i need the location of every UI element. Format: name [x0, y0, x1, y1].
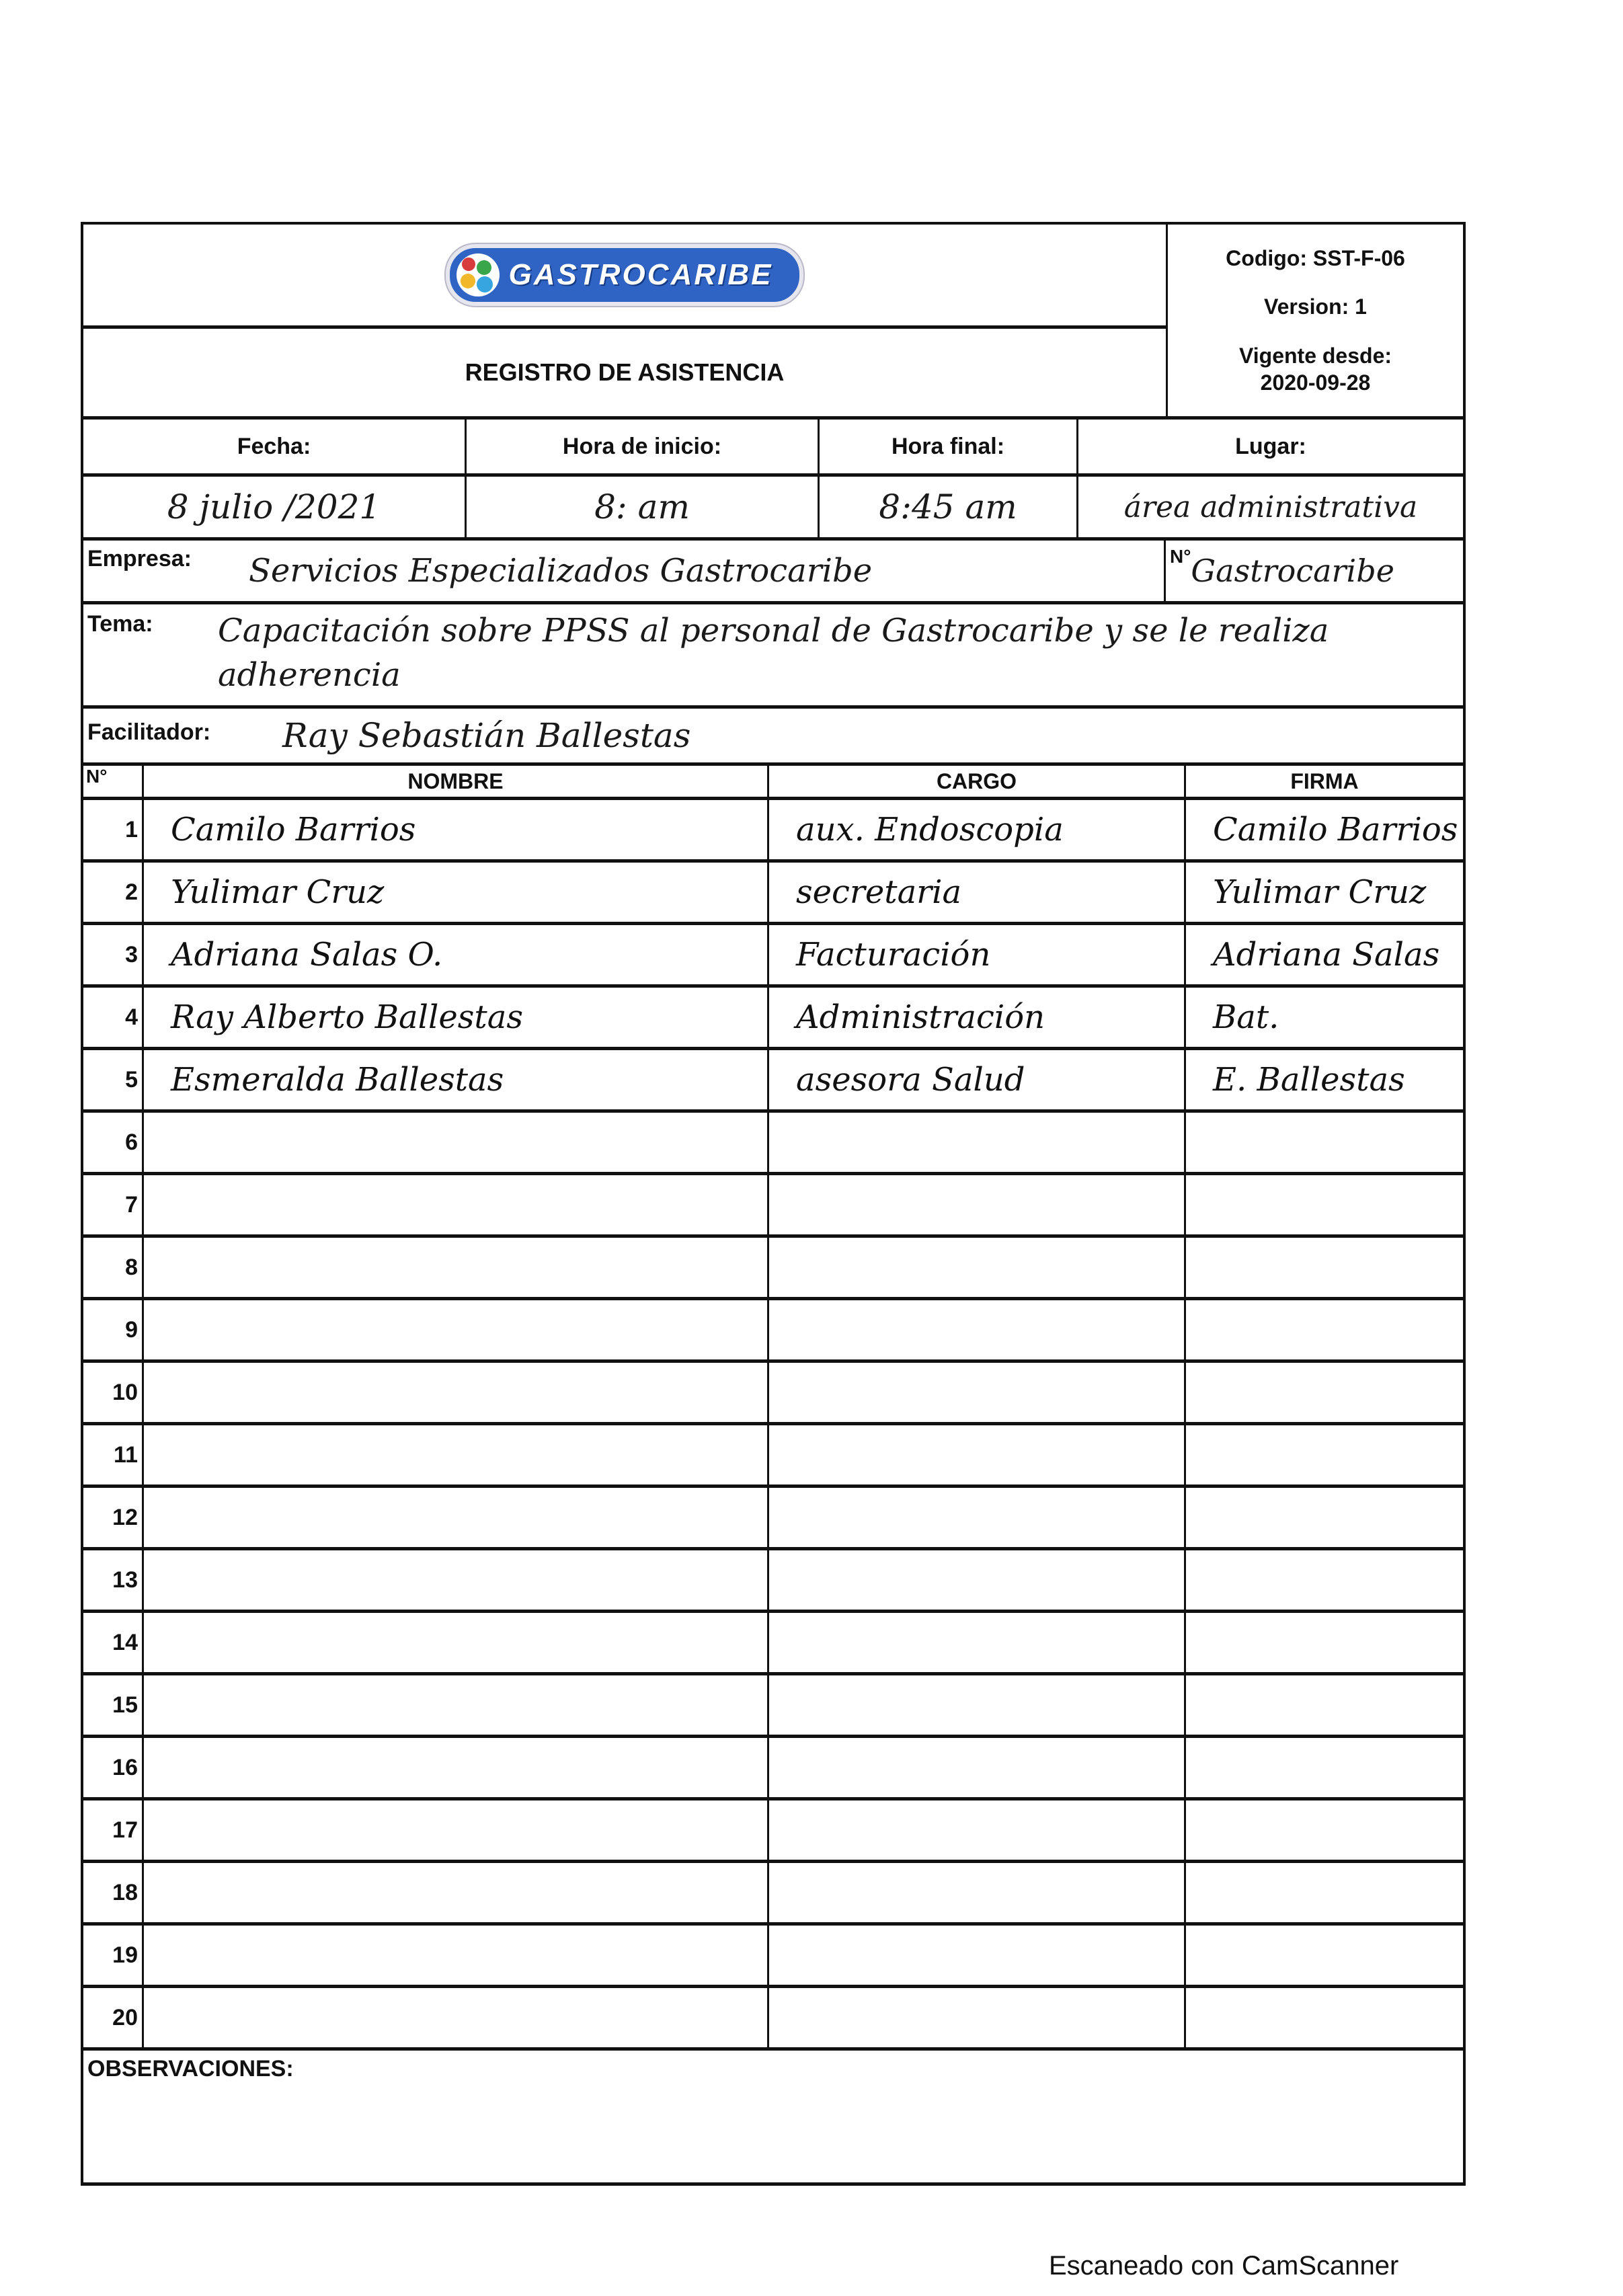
role-field[interactable] — [769, 1800, 1186, 1860]
row-number: 12 — [83, 1488, 144, 1547]
role-field[interactable] — [769, 1550, 1186, 1610]
signature-field[interactable] — [1186, 1926, 1463, 1985]
name-field[interactable] — [144, 1175, 769, 1234]
signature-field[interactable]: E. Ballestas — [1186, 1050, 1463, 1109]
name-field[interactable] — [144, 1863, 769, 1922]
form-frame: GASTROCARIBE REGISTRO DE ASISTENCIA Codi… — [81, 222, 1466, 2186]
row-number: 7 — [83, 1175, 144, 1234]
row-number: 14 — [83, 1613, 144, 1672]
name-field[interactable] — [144, 1926, 769, 1985]
table-row: 16 — [83, 1738, 1463, 1800]
row-number: 10 — [83, 1363, 144, 1422]
end-time-label: Hora final: — [820, 420, 1078, 473]
table-row: 17 — [83, 1800, 1463, 1863]
date-field[interactable]: 8 julio /2021 — [83, 477, 467, 537]
document-valid-since: Vigente desde: 2020-09-28 — [1239, 342, 1392, 396]
logo-area: GASTROCARIBE — [83, 225, 1166, 329]
row-number: 8 — [83, 1238, 144, 1297]
row-number: 4 — [83, 988, 144, 1047]
date-label: Fecha: — [83, 420, 467, 473]
signature-field[interactable] — [1186, 1300, 1463, 1359]
document-meta: Codigo: SST-F-06 Version: 1 Vigente desd… — [1168, 225, 1463, 416]
topic-label: Tema: — [87, 611, 153, 637]
name-field[interactable] — [144, 1550, 769, 1610]
table-row: 11 — [83, 1425, 1463, 1488]
table-row: 1Camilo Barriosaux. EndoscopiaCamilo Bar… — [83, 800, 1463, 863]
role-field[interactable] — [769, 1613, 1186, 1672]
signature-field[interactable] — [1186, 1488, 1463, 1547]
form-header: GASTROCARIBE REGISTRO DE ASISTENCIA Codi… — [83, 225, 1463, 420]
company-cell: Empresa: Servicios Especializados Gastro… — [83, 541, 1166, 601]
row-number: 15 — [83, 1675, 144, 1735]
row-number: 13 — [83, 1550, 144, 1610]
row-number: 1 — [83, 800, 144, 859]
signature-field[interactable] — [1186, 1675, 1463, 1735]
row-number: 16 — [83, 1738, 144, 1797]
role-field[interactable] — [769, 1675, 1186, 1735]
table-header: N° NOMBRE CARGO FIRMA — [83, 766, 1463, 800]
facilitator-label: Facilitador: — [87, 709, 255, 746]
table-row: 13 — [83, 1550, 1463, 1613]
name-field[interactable] — [144, 1800, 769, 1860]
observations-box[interactable]: OBSERVACIONES: — [83, 2051, 1463, 2186]
name-field[interactable] — [144, 1238, 769, 1297]
row-number: 19 — [83, 1926, 144, 1985]
table-row: 15 — [83, 1675, 1463, 1738]
name-field[interactable]: Yulimar Cruz — [144, 863, 769, 922]
name-field[interactable] — [144, 1675, 769, 1735]
role-field[interactable] — [769, 1863, 1186, 1922]
signature-field[interactable] — [1186, 1550, 1463, 1610]
table-row: 2Yulimar CruzsecretariaYulimar Cruz — [83, 863, 1463, 925]
role-field[interactable] — [769, 1926, 1186, 1985]
number-label: N° — [1170, 541, 1191, 567]
table-row: 6 — [83, 1113, 1463, 1175]
role-field[interactable]: asesora Salud — [769, 1050, 1186, 1109]
table-row: 8 — [83, 1238, 1463, 1300]
row-number: 9 — [83, 1300, 144, 1359]
company-field[interactable]: Servicios Especializados Gastrocaribe — [249, 552, 872, 590]
role-field[interactable] — [769, 1113, 1186, 1172]
table-row: 9 — [83, 1300, 1463, 1363]
signature-field[interactable] — [1186, 1238, 1463, 1297]
topic-cell: Tema: Capacitación sobre PPSS al persona… — [83, 604, 1463, 705]
name-field[interactable] — [144, 1613, 769, 1672]
header-left: GASTROCARIBE REGISTRO DE ASISTENCIA — [83, 225, 1168, 416]
gastrocaribe-logo: GASTROCARIBE — [446, 244, 804, 306]
signature-field[interactable] — [1186, 1988, 1463, 2047]
signature-field[interactable]: Yulimar Cruz — [1186, 863, 1463, 922]
table-row: 19 — [83, 1926, 1463, 1988]
name-field[interactable]: Ray Alberto Ballestas — [144, 988, 769, 1047]
attendance-table: N° NOMBRE CARGO FIRMA 1Camilo Barriosaux… — [83, 766, 1463, 2051]
topic-row: Tema: Capacitación sobre PPSS al persona… — [83, 604, 1463, 709]
table-row: 14 — [83, 1613, 1463, 1675]
logo-mark-icon — [457, 253, 500, 296]
name-field[interactable]: Adriana Salas O. — [144, 925, 769, 984]
camscanner-watermark: Escaneado con CamScanner — [1049, 2251, 1398, 2281]
name-field[interactable] — [144, 1988, 769, 2047]
col-number-header: N° — [83, 766, 144, 797]
role-field[interactable]: Facturación — [769, 925, 1186, 984]
col-signature-header: FIRMA — [1186, 766, 1463, 797]
valid-since-date: 2020-09-28 — [1239, 369, 1392, 396]
signature-field[interactable] — [1186, 1800, 1463, 1860]
logo-text: GASTROCARIBE — [509, 258, 773, 292]
role-field[interactable]: secretaria — [769, 863, 1186, 922]
name-field[interactable] — [144, 1738, 769, 1797]
table-row: 20 — [83, 1988, 1463, 2051]
name-field[interactable] — [144, 1488, 769, 1547]
place-field[interactable]: área administrativa — [1078, 477, 1463, 537]
company-label: Empresa: — [87, 541, 249, 572]
company-row: Empresa: Servicios Especializados Gastro… — [83, 541, 1463, 604]
observations-label: OBSERVACIONES: — [87, 2056, 294, 2082]
row-number: 6 — [83, 1113, 144, 1172]
role-field[interactable] — [769, 1175, 1186, 1234]
table-row: 3Adriana Salas O.FacturaciónAdriana Sala… — [83, 925, 1463, 988]
place-label: Lugar: — [1078, 420, 1463, 473]
col-name-header: NOMBRE — [144, 766, 769, 797]
session-field-values: 8 julio /2021 8: am 8:45 am área adminis… — [83, 477, 1463, 541]
table-row: 18 — [83, 1863, 1463, 1926]
signature-field[interactable] — [1186, 1363, 1463, 1422]
signature-field[interactable]: Camilo Barrios — [1186, 800, 1463, 859]
facilitator-cell: Facilitador: Ray Sebastián Ballestas — [83, 709, 1463, 762]
signature-field[interactable] — [1186, 1738, 1463, 1797]
col-role-header: CARGO — [769, 766, 1186, 797]
table-row: 4Ray Alberto BallestasAdministraciónBat. — [83, 988, 1463, 1050]
role-field[interactable] — [769, 1300, 1186, 1359]
name-field[interactable] — [144, 1425, 769, 1485]
topic-field[interactable]: Capacitación sobre PPSS al personal de G… — [218, 608, 1415, 697]
role-field[interactable] — [769, 1738, 1186, 1797]
role-field[interactable] — [769, 1363, 1186, 1422]
signature-field[interactable] — [1186, 1613, 1463, 1672]
role-field[interactable] — [769, 1488, 1186, 1547]
name-field[interactable] — [144, 1300, 769, 1359]
row-number: 11 — [83, 1425, 144, 1485]
row-number: 3 — [83, 925, 144, 984]
role-field[interactable] — [769, 1238, 1186, 1297]
signature-field[interactable] — [1186, 1175, 1463, 1234]
table-row: 12 — [83, 1488, 1463, 1550]
document-code: Codigo: SST-F-06 — [1226, 245, 1405, 272]
row-number: 20 — [83, 1988, 144, 2047]
signature-field[interactable] — [1186, 1113, 1463, 1172]
start-time-label: Hora de inicio: — [467, 420, 820, 473]
role-field[interactable] — [769, 1988, 1186, 2047]
start-time-field[interactable]: 8: am — [467, 477, 820, 537]
table-body: 1Camilo Barriosaux. EndoscopiaCamilo Bar… — [83, 800, 1463, 2051]
name-field[interactable]: Esmeralda Ballestas — [144, 1050, 769, 1109]
role-field[interactable] — [769, 1425, 1186, 1485]
valid-since-label: Vigente desde: — [1239, 342, 1392, 369]
signature-field[interactable]: Bat. — [1186, 988, 1463, 1047]
name-field[interactable] — [144, 1113, 769, 1172]
signature-field[interactable] — [1186, 1425, 1463, 1485]
signature-field[interactable] — [1186, 1863, 1463, 1922]
facilitator-field[interactable]: Ray Sebastián Ballestas — [282, 716, 690, 755]
number-cell: N° Gastrocaribe — [1166, 541, 1463, 601]
role-field[interactable]: Administración — [769, 988, 1186, 1047]
row-number: 17 — [83, 1800, 144, 1860]
row-number: 18 — [83, 1863, 144, 1922]
attendance-form: GASTROCARIBE REGISTRO DE ASISTENCIA Codi… — [81, 222, 1466, 2186]
end-time-field[interactable]: 8:45 am — [820, 477, 1078, 537]
facilitator-row: Facilitador: Ray Sebastián Ballestas — [83, 709, 1463, 766]
row-number: 2 — [83, 863, 144, 922]
name-field[interactable]: Camilo Barrios — [144, 800, 769, 859]
document-version: Version: 1 — [1264, 293, 1367, 320]
form-title: REGISTRO DE ASISTENCIA — [83, 329, 1166, 416]
table-row: 7 — [83, 1175, 1463, 1238]
table-row: 5Esmeralda Ballestasasesora SaludE. Ball… — [83, 1050, 1463, 1113]
role-field[interactable]: aux. Endoscopia — [769, 800, 1186, 859]
row-number: 5 — [83, 1050, 144, 1109]
signature-field[interactable]: Adriana Salas — [1186, 925, 1463, 984]
session-field-labels: Fecha: Hora de inicio: Hora final: Lugar… — [83, 420, 1463, 477]
name-field[interactable] — [144, 1363, 769, 1422]
number-field[interactable]: Gastrocaribe — [1191, 553, 1394, 589]
table-row: 10 — [83, 1363, 1463, 1425]
